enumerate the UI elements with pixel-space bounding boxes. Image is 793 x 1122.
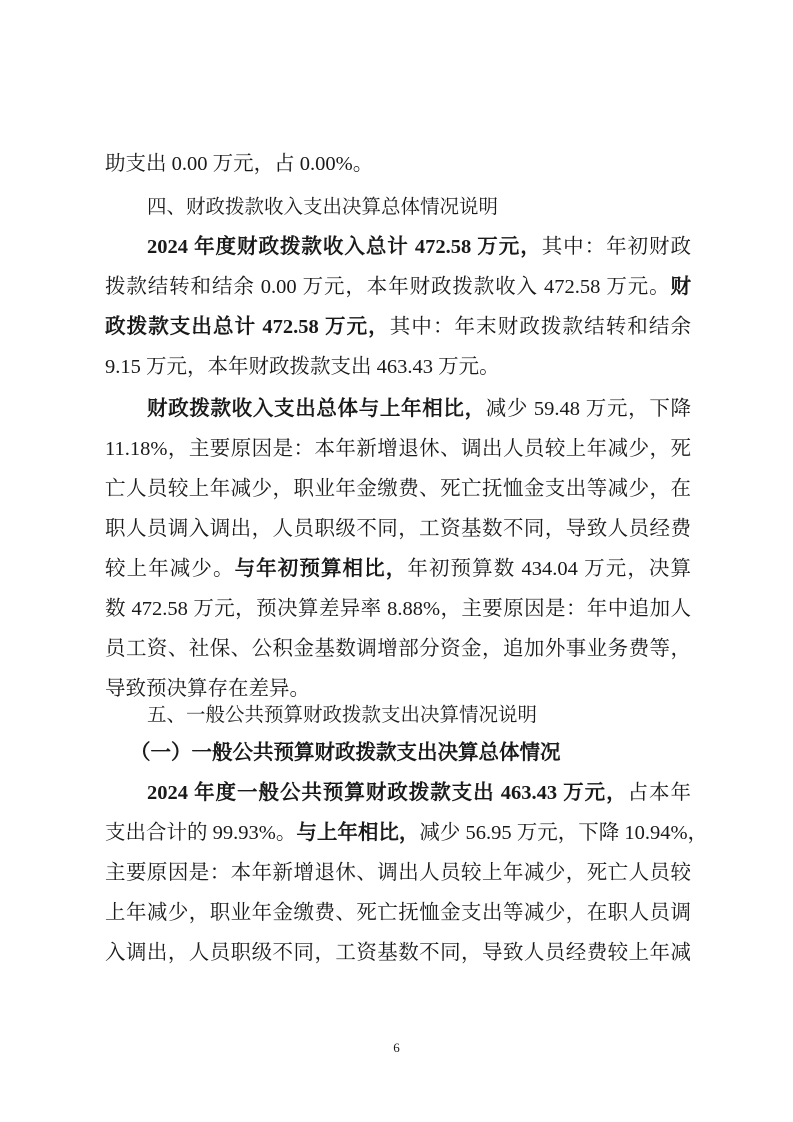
text: 减少 56.95 万元，下降 10.94%， xyxy=(419,822,708,844)
text: 助支出 0.00 万元，占 0.00%。 xyxy=(105,153,373,175)
subsection-heading-1: （一）一般公共预算财政拨款支出决算总体情况 xyxy=(130,739,690,767)
paragraph-line: 11.18%，主要原因是：本年新增退休、调出人员较上年减少，死 xyxy=(105,435,691,463)
bold-text: 财 xyxy=(671,276,692,298)
bold-text: 2024 年度财政拨款收入总计 472.58 万元， xyxy=(147,236,542,258)
text: 入调出，人员职级不同，工资基数不同，导致人员经费较上年减 xyxy=(105,942,691,964)
paragraph-line: 政拨款支出总计 472.58 万元，其中：年末财政拨款结转和结余 xyxy=(105,313,691,341)
text: 其中：年初财政 xyxy=(542,236,691,258)
bold-text: 与上年相比， xyxy=(296,822,419,844)
text: 年初预算数 434.04 万元，决算 xyxy=(407,558,691,580)
paragraph-line: 财政拨款收入支出总体与上年相比，减少 59.48 万元，下降 xyxy=(147,395,691,423)
text: 职人员调入调出，人员职级不同，工资基数不同，导致人员经费 xyxy=(105,518,691,540)
text: 较上年减少。 xyxy=(105,558,235,580)
paragraph-line: 助支出 0.00 万元，占 0.00%。 xyxy=(105,150,691,178)
paragraph-line: 2024 年度财政拨款收入总计 472.58 万元，其中：年初财政 xyxy=(147,233,691,261)
text: 主要原因是：本年新增退休、调出人员较上年减少，死亡人员较 xyxy=(105,862,691,884)
text: 9.15 万元，本年财政拨款支出 463.43 万元。 xyxy=(105,356,500,378)
text: 数 472.58 万元，预决算差异率 8.88%，主要原因是：年中追加人 xyxy=(105,598,691,620)
bold-text: 政拨款支出总计 472.58 万元， xyxy=(105,316,390,338)
text: 占本年 xyxy=(628,782,691,804)
paragraph-line: 员工资、社保、公积金基数调增部分资金，追加外事业务费等， xyxy=(105,635,691,663)
text: 11.18%，主要原因是：本年新增退休、调出人员较上年减少，死 xyxy=(105,438,691,460)
paragraph-line: 亡人员较上年减少，职业年金缴费、死亡抚恤金支出等减少，在 xyxy=(105,475,691,503)
bold-text: 与年初预算相比， xyxy=(235,558,408,580)
text: 拨款结转和结余 0.00 万元，本年财政拨款收入 472.58 万元。 xyxy=(105,276,671,298)
paragraph-line: 数 472.58 万元，预决算差异率 8.88%，主要原因是：年中追加人 xyxy=(105,595,691,623)
paragraph-line: 拨款结转和结余 0.00 万元，本年财政拨款收入 472.58 万元。财 xyxy=(105,273,691,301)
bold-text: 2024 年度一般公共预算财政拨款支出 463.43 万元， xyxy=(147,782,628,804)
text: 员工资、社保、公积金基数调增部分资金，追加外事业务费等， xyxy=(105,638,691,660)
paragraph-line: 导致预决算存在差异。 xyxy=(105,675,691,703)
heading-text: 四、财政拨款收入支出决算总体情况说明 xyxy=(147,195,498,218)
heading-text: （一）一般公共预算财政拨款支出决算总体情况 xyxy=(130,742,561,764)
paragraph-line: 入调出，人员职级不同，工资基数不同，导致人员经费较上年减 xyxy=(105,939,691,967)
text: 导致预决算存在差异。 xyxy=(105,678,310,700)
section-heading-5: 五、一般公共预算财政拨款支出决算情况说明 xyxy=(147,701,691,729)
paragraph-line: 上年减少，职业年金缴费、死亡抚恤金支出等减少，在职人员调 xyxy=(105,899,691,927)
text: 其中：年末财政拨款结转和结余 xyxy=(390,316,691,338)
paragraph-line: 支出合计的 99.93%。与上年相比，减少 56.95 万元，下降 10.94%… xyxy=(105,819,691,847)
text: 支出合计的 99.93%。 xyxy=(105,822,296,844)
document-page: 助支出 0.00 万元，占 0.00%。 四、财政拨款收入支出决算总体情况说明 … xyxy=(0,0,793,1122)
paragraph-line: 2024 年度一般公共预算财政拨款支出 463.43 万元，占本年 xyxy=(147,779,691,807)
section-heading-4: 四、财政拨款收入支出决算总体情况说明 xyxy=(147,193,691,221)
paragraph-line: 主要原因是：本年新增退休、调出人员较上年减少，死亡人员较 xyxy=(105,859,691,887)
bold-text: 财政拨款收入支出总体与上年相比， xyxy=(147,398,486,420)
text: 亡人员较上年减少，职业年金缴费、死亡抚恤金支出等减少，在 xyxy=(105,478,691,500)
text: 减少 59.48 万元，下降 xyxy=(486,398,691,420)
paragraph-line: 职人员调入调出，人员职级不同，工资基数不同，导致人员经费 xyxy=(105,515,691,543)
paragraph-line: 9.15 万元，本年财政拨款支出 463.43 万元。 xyxy=(105,353,691,381)
page-number: 6 xyxy=(0,1040,793,1056)
heading-text: 五、一般公共预算财政拨款支出决算情况说明 xyxy=(147,703,537,726)
paragraph-line: 较上年减少。与年初预算相比，年初预算数 434.04 万元，决算 xyxy=(105,555,691,583)
text: 上年减少，职业年金缴费、死亡抚恤金支出等减少，在职人员调 xyxy=(105,902,691,924)
